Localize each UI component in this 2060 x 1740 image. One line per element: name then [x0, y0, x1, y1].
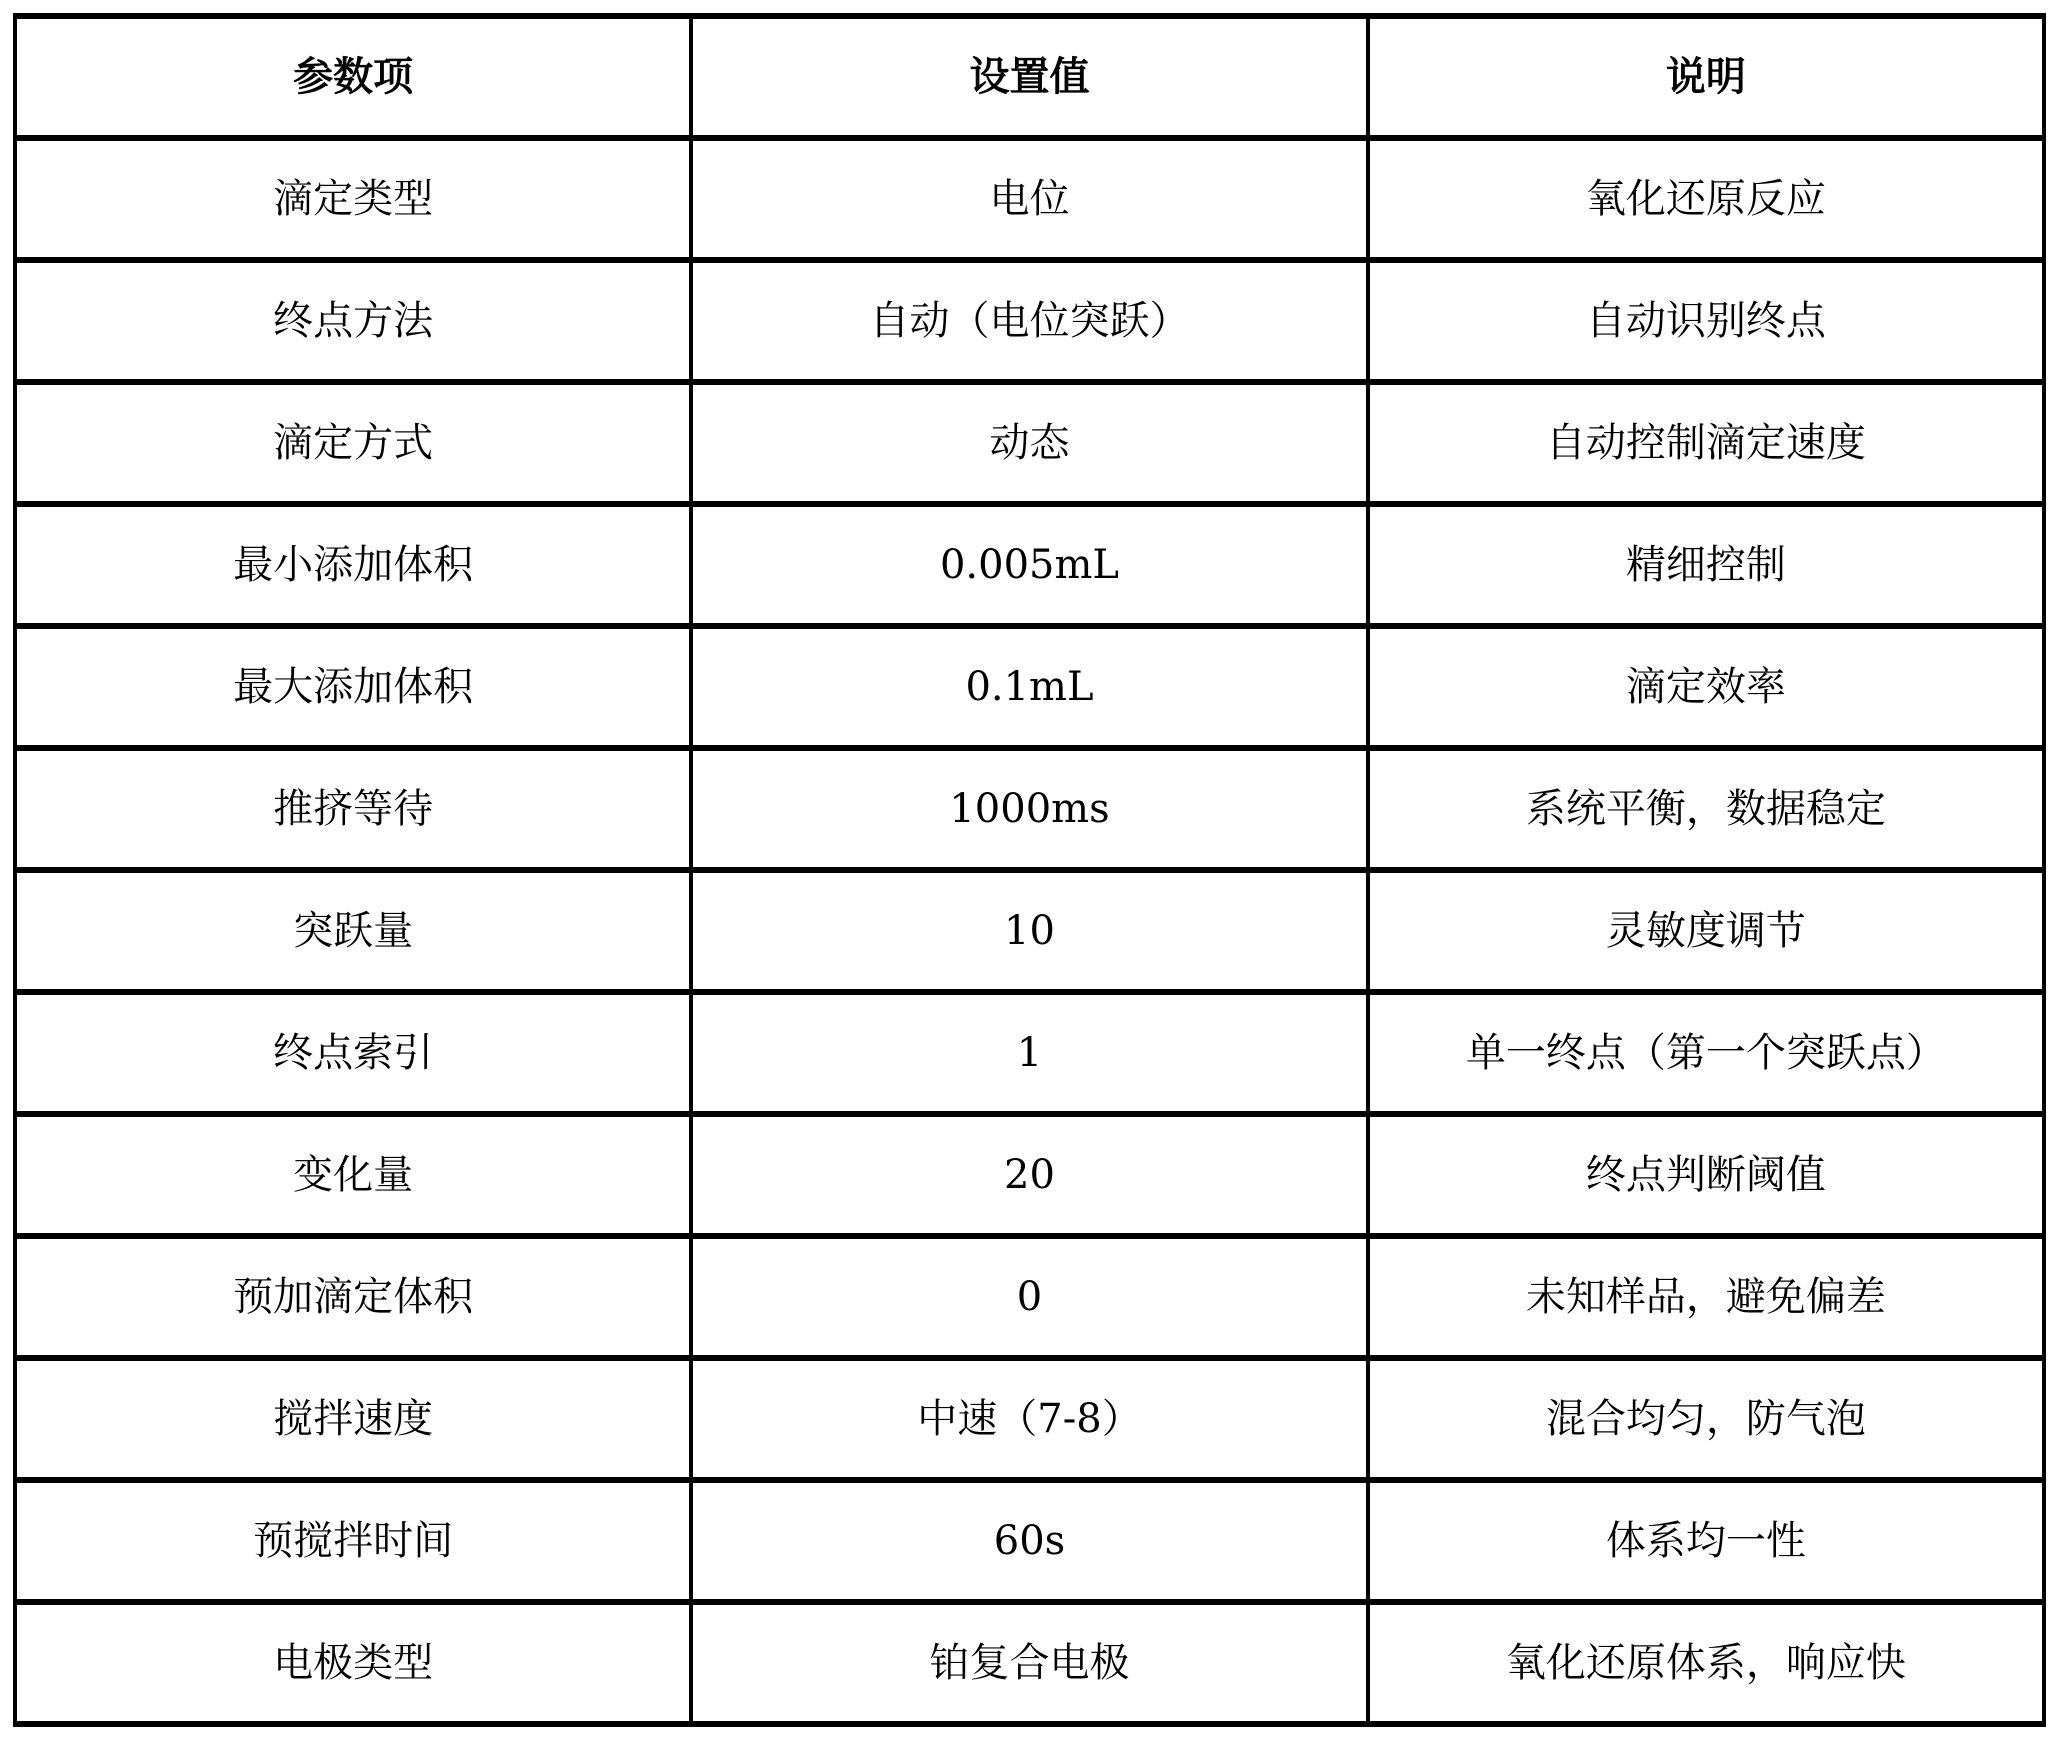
document-page: 参数项 设置值 说明 滴定类型 电位 氧化还原反应 终点方法 自动（电位突跃） …: [0, 0, 2060, 1740]
parameter-cell: 电极类型: [15, 1602, 691, 1724]
header-cell-description: 说明: [1368, 16, 2044, 138]
table-row: 电极类型 铂复合电极 氧化还原体系，响应快: [15, 1602, 2044, 1724]
parameter-table: 参数项 设置值 说明 滴定类型 电位 氧化还原反应 终点方法 自动（电位突跃） …: [13, 13, 2046, 1727]
table-row: 预加滴定体积 0 未知样品，避免偏差: [15, 1236, 2044, 1358]
table-row: 终点方法 自动（电位突跃） 自动识别终点: [15, 260, 2044, 382]
value-cell: 1: [691, 992, 1367, 1114]
value-cell: 中速（7-8）: [691, 1358, 1367, 1480]
header-cell-parameter: 参数项: [15, 16, 691, 138]
parameter-cell: 预加滴定体积: [15, 1236, 691, 1358]
table-row: 变化量 20 终点判断阈值: [15, 1114, 2044, 1236]
description-cell: 未知样品，避免偏差: [1368, 1236, 2044, 1358]
value-cell: 60s: [691, 1480, 1367, 1602]
table-row: 滴定方式 动态 自动控制滴定速度: [15, 382, 2044, 504]
table-row: 搅拌速度 中速（7-8） 混合均匀，防气泡: [15, 1358, 2044, 1480]
description-cell: 混合均匀，防气泡: [1368, 1358, 2044, 1480]
value-cell: 动态: [691, 382, 1367, 504]
description-cell: 体系均一性: [1368, 1480, 2044, 1602]
description-cell: 氧化还原反应: [1368, 138, 2044, 260]
parameter-cell: 搅拌速度: [15, 1358, 691, 1480]
table-row: 突跃量 10 灵敏度调节: [15, 870, 2044, 992]
table-row: 最小添加体积 0.005mL 精细控制: [15, 504, 2044, 626]
value-cell: 0.005mL: [691, 504, 1367, 626]
value-cell: 1000ms: [691, 748, 1367, 870]
parameter-cell: 滴定类型: [15, 138, 691, 260]
description-cell: 自动控制滴定速度: [1368, 382, 2044, 504]
parameter-cell: 终点索引: [15, 992, 691, 1114]
description-cell: 终点判断阈值: [1368, 1114, 2044, 1236]
table-row: 推挤等待 1000ms 系统平衡，数据稳定: [15, 748, 2044, 870]
header-row: 参数项 设置值 说明: [15, 16, 2044, 138]
description-cell: 单一终点（第一个突跃点）: [1368, 992, 2044, 1114]
parameter-cell: 最大添加体积: [15, 626, 691, 748]
value-cell: 0: [691, 1236, 1367, 1358]
parameter-cell: 最小添加体积: [15, 504, 691, 626]
parameter-cell: 滴定方式: [15, 382, 691, 504]
description-cell: 灵敏度调节: [1368, 870, 2044, 992]
description-cell: 滴定效率: [1368, 626, 2044, 748]
description-cell: 氧化还原体系，响应快: [1368, 1602, 2044, 1724]
table-row: 终点索引 1 单一终点（第一个突跃点）: [15, 992, 2044, 1114]
parameter-cell: 突跃量: [15, 870, 691, 992]
table-header: 参数项 设置值 说明: [15, 16, 2044, 138]
value-cell: 电位: [691, 138, 1367, 260]
parameter-cell: 终点方法: [15, 260, 691, 382]
table-row: 预搅拌时间 60s 体系均一性: [15, 1480, 2044, 1602]
description-cell: 精细控制: [1368, 504, 2044, 626]
table-row: 最大添加体积 0.1mL 滴定效率: [15, 626, 2044, 748]
header-cell-value: 设置值: [691, 16, 1367, 138]
table-body: 滴定类型 电位 氧化还原反应 终点方法 自动（电位突跃） 自动识别终点 滴定方式…: [15, 138, 2044, 1724]
parameter-cell: 预搅拌时间: [15, 1480, 691, 1602]
description-cell: 自动识别终点: [1368, 260, 2044, 382]
parameter-cell: 变化量: [15, 1114, 691, 1236]
value-cell: 10: [691, 870, 1367, 992]
description-cell: 系统平衡，数据稳定: [1368, 748, 2044, 870]
value-cell: 20: [691, 1114, 1367, 1236]
value-cell: 自动（电位突跃）: [691, 260, 1367, 382]
value-cell: 铂复合电极: [691, 1602, 1367, 1724]
value-cell: 0.1mL: [691, 626, 1367, 748]
parameter-cell: 推挤等待: [15, 748, 691, 870]
table-row: 滴定类型 电位 氧化还原反应: [15, 138, 2044, 260]
